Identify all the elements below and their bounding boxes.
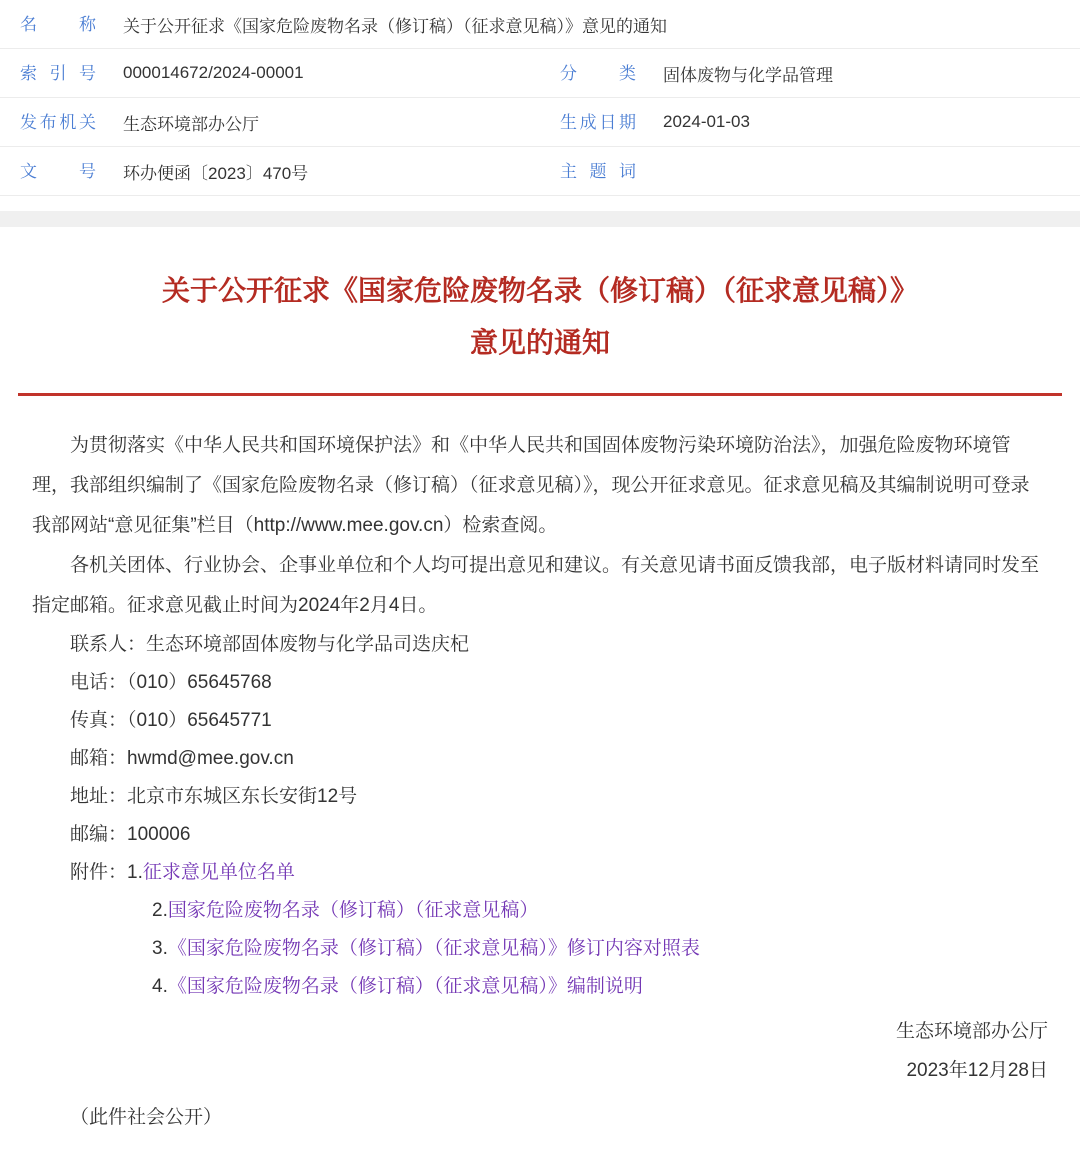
attachment-row-2: 2.国家危险废物名录（修订稿）（征求意见稿） xyxy=(32,892,1048,930)
contact-person-line: 联系人：生态环境部固体废物与化学品司迭庆杞 xyxy=(32,626,1048,664)
contact-address-line: 地址：北京市东城区东长安街12号 xyxy=(32,778,1048,816)
contact-phone-line: 电话：（010）65645768 xyxy=(32,664,1048,702)
attachment-row-1: 附件：1.征求意见单位名单 xyxy=(32,854,1048,892)
attachment-link-2[interactable]: 国家危险废物名录（修订稿）（征求意见稿） xyxy=(168,900,539,921)
contact-email-line: 邮箱：hwmd@mee.gov.cn xyxy=(32,740,1048,778)
attachment-number: 3. xyxy=(152,938,168,959)
signature-organization: 生态环境部办公厅 xyxy=(32,1012,1048,1051)
category-label: 分 类 xyxy=(560,49,636,98)
document-title: 关于公开征求《国家危险废物名录（修订稿）（征求意见稿）》 意见的通知 xyxy=(32,265,1048,369)
meta-row-issuer-date: 发布机关 生态环境部办公厅 生成日期 2024-01-03 xyxy=(0,98,1080,147)
document-title-line1: 关于公开征求《国家危险废物名录（修订稿）（征求意见稿）》 xyxy=(32,265,1048,317)
index-label: 索 引 号 xyxy=(20,49,96,98)
category-value: 固体废物与化学品管理 xyxy=(649,61,833,86)
attachment-row-3: 3.《国家危险废物名录（修订稿）（征求意见稿）》修订内容对照表 xyxy=(32,930,1048,968)
attachment-number: 4. xyxy=(152,976,168,997)
meta-cell-category: 分 类 固体废物与化学品管理 xyxy=(540,49,1080,97)
name-value: 关于公开征求《国家危险废物名录（修订稿）（征求意见稿）》意见的通知 xyxy=(109,12,667,37)
docnum-value: 环办便函〔2023〕470号 xyxy=(109,159,308,184)
attachment-row-4: 4.《国家危险废物名录（修订稿）（征求意见稿）》编制说明 xyxy=(32,968,1048,1006)
attachments-label: 附件： xyxy=(70,862,127,883)
meta-cell-subject: 主 题 词 xyxy=(540,147,1080,195)
public-disclosure-note: （此件社会公开） xyxy=(32,1098,1048,1137)
index-value: 000014672/2024-00001 xyxy=(109,63,304,83)
name-label: 名 称 xyxy=(20,0,96,49)
issuer-label: 发布机关 xyxy=(20,98,96,147)
date-value: 2024-01-03 xyxy=(649,112,750,132)
meta-row-name: 名 称 关于公开征求《国家危险废物名录（修订稿）（征求意见稿）》意见的通知 xyxy=(0,0,1080,49)
meta-cell-index: 索 引 号 000014672/2024-00001 xyxy=(0,49,540,97)
attachment-link-4[interactable]: 《国家危险废物名录（修订稿）（征求意见稿）》编制说明 xyxy=(168,976,643,997)
signature-block: 生态环境部办公厅 2023年12月28日 xyxy=(32,1012,1048,1090)
document-content: 关于公开征求《国家危险废物名录（修订稿）（征求意见稿）》 意见的通知 为贯彻落实… xyxy=(0,265,1080,1157)
attachment-number: 2. xyxy=(152,900,168,921)
meta-row-docnum-subject: 文 号 环办便函〔2023〕470号 主 题 词 xyxy=(0,147,1080,196)
meta-row-index-category: 索 引 号 000014672/2024-00001 分 类 固体废物与化学品管… xyxy=(0,49,1080,98)
contact-postcode-line: 邮编：100006 xyxy=(32,816,1048,854)
document-body: 为贯彻落实《中华人民共和国环境保护法》和《中华人民共和国固体废物污染环境防治法》… xyxy=(32,426,1048,1137)
meta-cell-date: 生成日期 2024-01-03 xyxy=(540,98,1080,146)
paragraph-intro: 为贯彻落实《中华人民共和国环境保护法》和《中华人民共和国固体废物污染环境防治法》… xyxy=(32,426,1048,546)
red-divider-rule xyxy=(18,393,1062,396)
subject-label: 主 题 词 xyxy=(560,147,636,196)
attachment-link-1[interactable]: 征求意见单位名单 xyxy=(143,862,295,883)
attachment-link-3[interactable]: 《国家危险废物名录（修订稿）（征求意见稿）》修订内容对照表 xyxy=(168,938,700,959)
meta-cell-docnum: 文 号 环办便函〔2023〕470号 xyxy=(0,147,540,195)
contact-fax-line: 传真：（010）65645771 xyxy=(32,702,1048,740)
issuer-value: 生态环境部办公厅 xyxy=(109,110,259,135)
signature-date: 2023年12月28日 xyxy=(32,1051,1048,1090)
attachment-number: 1. xyxy=(127,862,143,883)
meta-cell-name: 名 称 关于公开征求《国家危险废物名录（修订稿）（征求意见稿）》意见的通知 xyxy=(0,0,1080,48)
docnum-label: 文 号 xyxy=(20,147,96,196)
date-label: 生成日期 xyxy=(560,98,636,147)
metadata-table: 名 称 关于公开征求《国家危险废物名录（修订稿）（征求意见稿）》意见的通知 索 … xyxy=(0,0,1080,196)
paragraph-feedback: 各机关团体、行业协会、企事业单位和个人均可提出意见和建议。有关意见请书面反馈我部… xyxy=(32,546,1048,626)
document-title-line2: 意见的通知 xyxy=(32,317,1048,369)
meta-cell-issuer: 发布机关 生态环境部办公厅 xyxy=(0,98,540,146)
section-separator-band xyxy=(0,211,1080,227)
